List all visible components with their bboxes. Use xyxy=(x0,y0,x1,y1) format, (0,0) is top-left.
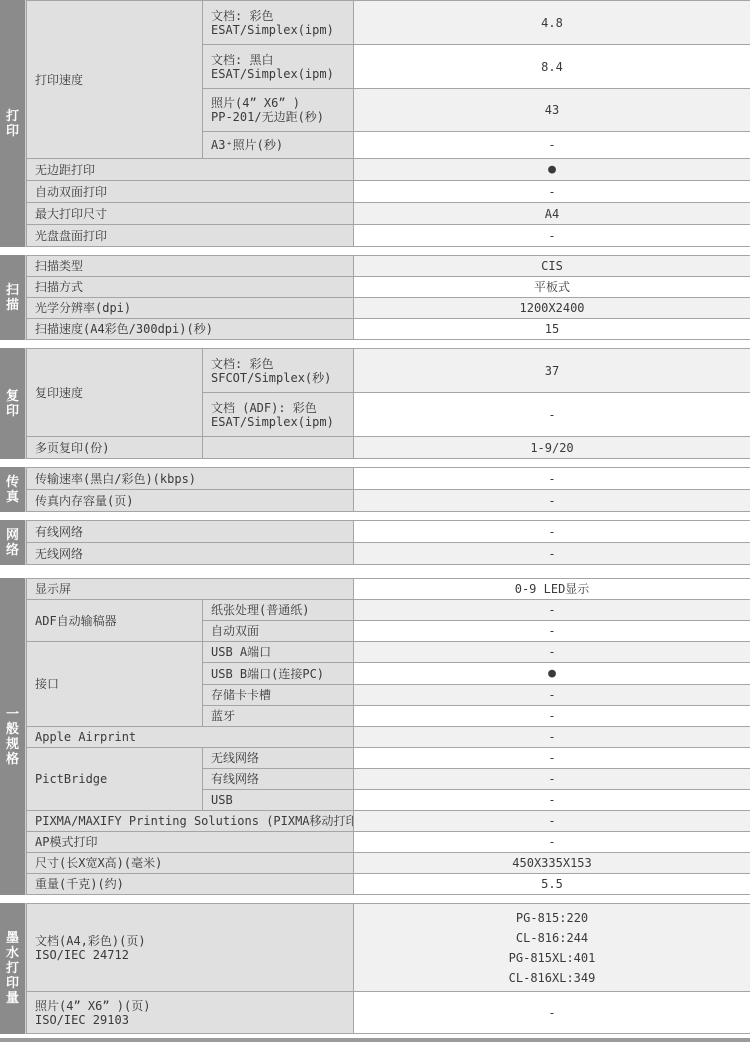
spec-label: 有线网络 xyxy=(27,521,354,543)
spec-label: 扫描速度(A4彩色/300dpi)(秒) xyxy=(27,319,354,340)
spec-sub-label: 存储卡卡槽 xyxy=(203,685,354,706)
spec-sub-label: 纸张处理(普通纸) xyxy=(203,600,354,621)
spec-row: 传真内存容量(页)- xyxy=(27,490,750,512)
spec-sub-label: 照片(4” X6” )PP-201/无边距(秒) xyxy=(203,89,354,132)
filled-circle-icon: ● xyxy=(548,666,556,681)
spec-label: 自动双面打印 xyxy=(27,181,354,203)
spec-sub-label: 无线网络 xyxy=(203,748,354,769)
spec-row: 有线网络- xyxy=(27,521,750,543)
spec-sub-label: A3⁺照片(秒) xyxy=(203,132,354,159)
spec-label: 扫描方式 xyxy=(27,277,354,298)
section-copy: 复印复印速度文档: 彩色SFCOT/Simplex(秒)37文档 (ADF): … xyxy=(0,348,750,459)
section-bar-fax: 传真 xyxy=(0,467,26,512)
spec-value: - xyxy=(354,706,750,727)
spec-group-label: PictBridge xyxy=(27,748,203,811)
spec-value: - xyxy=(354,727,750,748)
spec-sub-label: 文档: 彩色SFCOT/Simplex(秒) xyxy=(203,349,354,393)
spec-value: 5.5 xyxy=(354,874,750,895)
spec-value: - xyxy=(354,132,750,159)
spec-row: 自动双面打印- xyxy=(27,181,750,203)
spec-sub-label: 蓝牙 xyxy=(203,706,354,727)
section-table-scan: 扫描类型CIS扫描方式平板式光学分辨率(dpi)1200X2400扫描速度(A4… xyxy=(26,255,750,340)
spec-value: CIS xyxy=(354,256,750,277)
section-general: 一般规格显示屏0-9 LED显示ADF自动输稿器纸张处理(普通纸)-自动双面-接… xyxy=(0,578,750,895)
spec-value: - xyxy=(354,600,750,621)
spec-value: 37 xyxy=(354,349,750,393)
spec-value: - xyxy=(354,468,750,490)
section-fax: 传真传输速率(黑白/彩色)(kbps)-传真内存容量(页)- xyxy=(0,467,750,512)
section-table-network: 有线网络-无线网络- xyxy=(26,520,750,565)
spec-row: 打印速度文档: 彩色ESAT/Simplex(ipm)4.8 xyxy=(27,1,750,45)
section-bar-ink: 墨水打印量 xyxy=(0,903,26,1034)
spec-value: - xyxy=(354,621,750,642)
spec-sub-label: USB B端口(连接PC) xyxy=(203,663,354,685)
spec-value: 4.8 xyxy=(354,1,750,45)
spec-value: - xyxy=(354,685,750,706)
spec-row: 光盘盘面打印- xyxy=(27,225,750,247)
spec-label: 多页复印(份) xyxy=(27,437,203,459)
section-table-copy: 复印速度文档: 彩色SFCOT/Simplex(秒)37文档 (ADF): 彩色… xyxy=(26,348,750,459)
spec-label: 无边距打印 xyxy=(27,159,354,181)
spec-sub-label: 文档: 彩色ESAT/Simplex(ipm) xyxy=(203,1,354,45)
section-table-print: 打印速度文档: 彩色ESAT/Simplex(ipm)4.8文档: 黑白ESAT… xyxy=(26,0,750,247)
spec-label: 传真内存容量(页) xyxy=(27,490,354,512)
spec-value: 43 xyxy=(354,89,750,132)
spec-value: - xyxy=(354,642,750,663)
spec-label: 传输速率(黑白/彩色)(kbps) xyxy=(27,468,354,490)
spec-sub-label: USB A端口 xyxy=(203,642,354,663)
spec-value: PG-815:220CL-816:244PG-815XL:401CL-816XL… xyxy=(354,904,750,992)
spec-value: - xyxy=(354,521,750,543)
spec-row: PIXMA/MAXIFY Printing Solutions (PIXMA移动… xyxy=(27,811,750,832)
spec-group-label: ADF自动输稿器 xyxy=(27,600,203,642)
spec-value: - xyxy=(354,490,750,512)
spec-label: 光学分辨率(dpi) xyxy=(27,298,354,319)
spec-label: 光盘盘面打印 xyxy=(27,225,354,247)
section-table-fax: 传输速率(黑白/彩色)(kbps)-传真内存容量(页)- xyxy=(26,467,750,512)
spec-row: 重量(千克)(约)5.5 xyxy=(27,874,750,895)
section-bar-general: 一般规格 xyxy=(0,578,26,895)
table-bottom-border xyxy=(0,1038,750,1042)
spec-value: - xyxy=(354,181,750,203)
filled-circle-icon: ● xyxy=(548,162,556,177)
spec-row: 光学分辨率(dpi)1200X2400 xyxy=(27,298,750,319)
section-bar-network: 网络 xyxy=(0,520,26,565)
section-table-ink: 文档(A4,彩色)(页)ISO/IEC 24712PG-815:220CL-81… xyxy=(26,903,750,1034)
spec-sub-label: 有线网络 xyxy=(203,769,354,790)
spec-group-label: 接口 xyxy=(27,642,203,727)
spec-group-label: 复印速度 xyxy=(27,349,203,437)
spec-value: 15 xyxy=(354,319,750,340)
spec-label: Apple Airprint xyxy=(27,727,354,748)
spec-value: - xyxy=(354,790,750,811)
spec-sub-label: 自动双面 xyxy=(203,621,354,642)
section-network: 网络有线网络-无线网络- xyxy=(0,520,750,565)
spec-row: 文档(A4,彩色)(页)ISO/IEC 24712PG-815:220CL-81… xyxy=(27,904,750,992)
spec-row: ADF自动输稿器纸张处理(普通纸)- xyxy=(27,600,750,621)
section-print: 打印打印速度文档: 彩色ESAT/Simplex(ipm)4.8文档: 黑白ES… xyxy=(0,0,750,247)
spec-value: 1-9/20 xyxy=(354,437,750,459)
spec-label: 重量(千克)(约) xyxy=(27,874,354,895)
spec-label: 无线网络 xyxy=(27,543,354,565)
spec-label: PIXMA/MAXIFY Printing Solutions (PIXMA移动… xyxy=(27,811,354,832)
spec-sub-label: 文档 (ADF): 彩色ESAT/Simplex(ipm) xyxy=(203,393,354,437)
spec-value: - xyxy=(354,992,750,1034)
spec-label: 照片(4” X6” )(页)ISO/IEC 29103 xyxy=(27,992,354,1034)
spec-value: - xyxy=(354,748,750,769)
spec-row: 接口USB A端口- xyxy=(27,642,750,663)
spec-row: 照片(4” X6” )(页)ISO/IEC 29103- xyxy=(27,992,750,1034)
spec-row: 扫描速度(A4彩色/300dpi)(秒)15 xyxy=(27,319,750,340)
spec-row: 复印速度文档: 彩色SFCOT/Simplex(秒)37 xyxy=(27,349,750,393)
spec-value: - xyxy=(354,225,750,247)
spec-label: 扫描类型 xyxy=(27,256,354,277)
spec-value: - xyxy=(354,393,750,437)
spec-row: 多页复印(份)1-9/20 xyxy=(27,437,750,459)
spec-row: 扫描方式平板式 xyxy=(27,277,750,298)
spec-row: 无线网络- xyxy=(27,543,750,565)
spec-row: 尺寸(长X宽X高)(毫米)450X335X153 xyxy=(27,853,750,874)
spec-sub-label-empty xyxy=(203,437,354,459)
printer-spec-table: 打印打印速度文档: 彩色ESAT/Simplex(ipm)4.8文档: 黑白ES… xyxy=(0,0,750,1034)
spec-row: 传输速率(黑白/彩色)(kbps)- xyxy=(27,468,750,490)
spec-value: 0-9 LED显示 xyxy=(354,579,750,600)
section-bar-print: 打印 xyxy=(0,0,26,247)
spec-value-dot: ● xyxy=(354,663,750,685)
spec-label: 尺寸(长X宽X高)(毫米) xyxy=(27,853,354,874)
section-ink: 墨水打印量文档(A4,彩色)(页)ISO/IEC 24712PG-815:220… xyxy=(0,903,750,1034)
spec-value: 8.4 xyxy=(354,45,750,89)
spec-value: - xyxy=(354,832,750,853)
spec-group-label: 打印速度 xyxy=(27,1,203,159)
section-bar-scan: 扫描 xyxy=(0,255,26,340)
spec-value: 450X335X153 xyxy=(354,853,750,874)
spec-value: A4 xyxy=(354,203,750,225)
spec-value: - xyxy=(354,543,750,565)
spec-row: Apple Airprint- xyxy=(27,727,750,748)
section-table-general: 显示屏0-9 LED显示ADF自动输稿器纸张处理(普通纸)-自动双面-接口USB… xyxy=(26,578,750,895)
spec-sub-label: 文档: 黑白ESAT/Simplex(ipm) xyxy=(203,45,354,89)
spec-sub-label: USB xyxy=(203,790,354,811)
spec-value: 平板式 xyxy=(354,277,750,298)
spec-row: 无边距打印● xyxy=(27,159,750,181)
spec-label: 显示屏 xyxy=(27,579,354,600)
spec-row: AP模式打印- xyxy=(27,832,750,853)
spec-value: - xyxy=(354,811,750,832)
spec-row: 最大打印尺寸A4 xyxy=(27,203,750,225)
spec-row: 扫描类型CIS xyxy=(27,256,750,277)
spec-value-dot: ● xyxy=(354,159,750,181)
spec-label: 最大打印尺寸 xyxy=(27,203,354,225)
spec-value: 1200X2400 xyxy=(354,298,750,319)
spec-row: 显示屏0-9 LED显示 xyxy=(27,579,750,600)
spec-value: - xyxy=(354,769,750,790)
spec-row: PictBridge无线网络- xyxy=(27,748,750,769)
section-bar-copy: 复印 xyxy=(0,348,26,459)
spec-label: AP模式打印 xyxy=(27,832,354,853)
spec-label: 文档(A4,彩色)(页)ISO/IEC 24712 xyxy=(27,904,354,992)
section-scan: 扫描扫描类型CIS扫描方式平板式光学分辨率(dpi)1200X2400扫描速度(… xyxy=(0,255,750,340)
